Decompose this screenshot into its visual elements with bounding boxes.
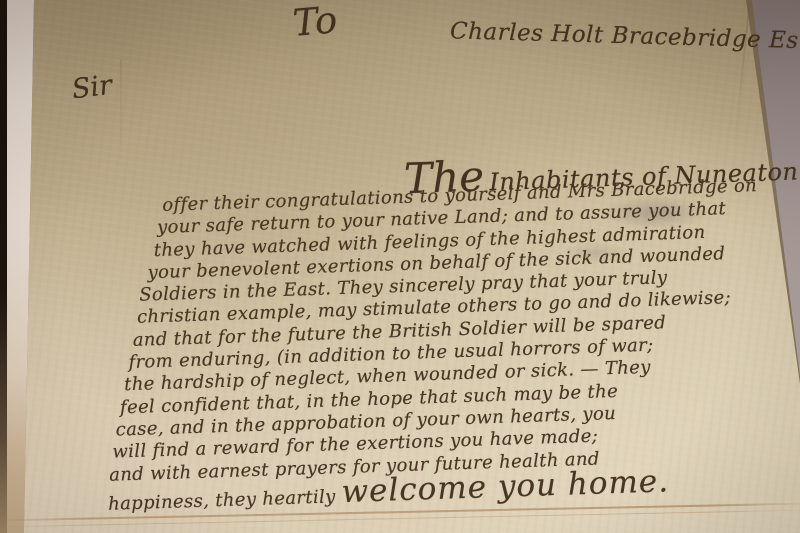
photo-of-letter: To Charles Holt Bracebridge Esquire Sir … — [0, 0, 800, 533]
salutation: Sir — [70, 70, 114, 106]
addressee-prefix: To — [291, 0, 339, 45]
closing-lead: happiness, they heartily — [108, 486, 336, 515]
fold-crease — [120, 60, 122, 180]
letter-body: offer their congratulations to yourself … — [98, 174, 800, 518]
